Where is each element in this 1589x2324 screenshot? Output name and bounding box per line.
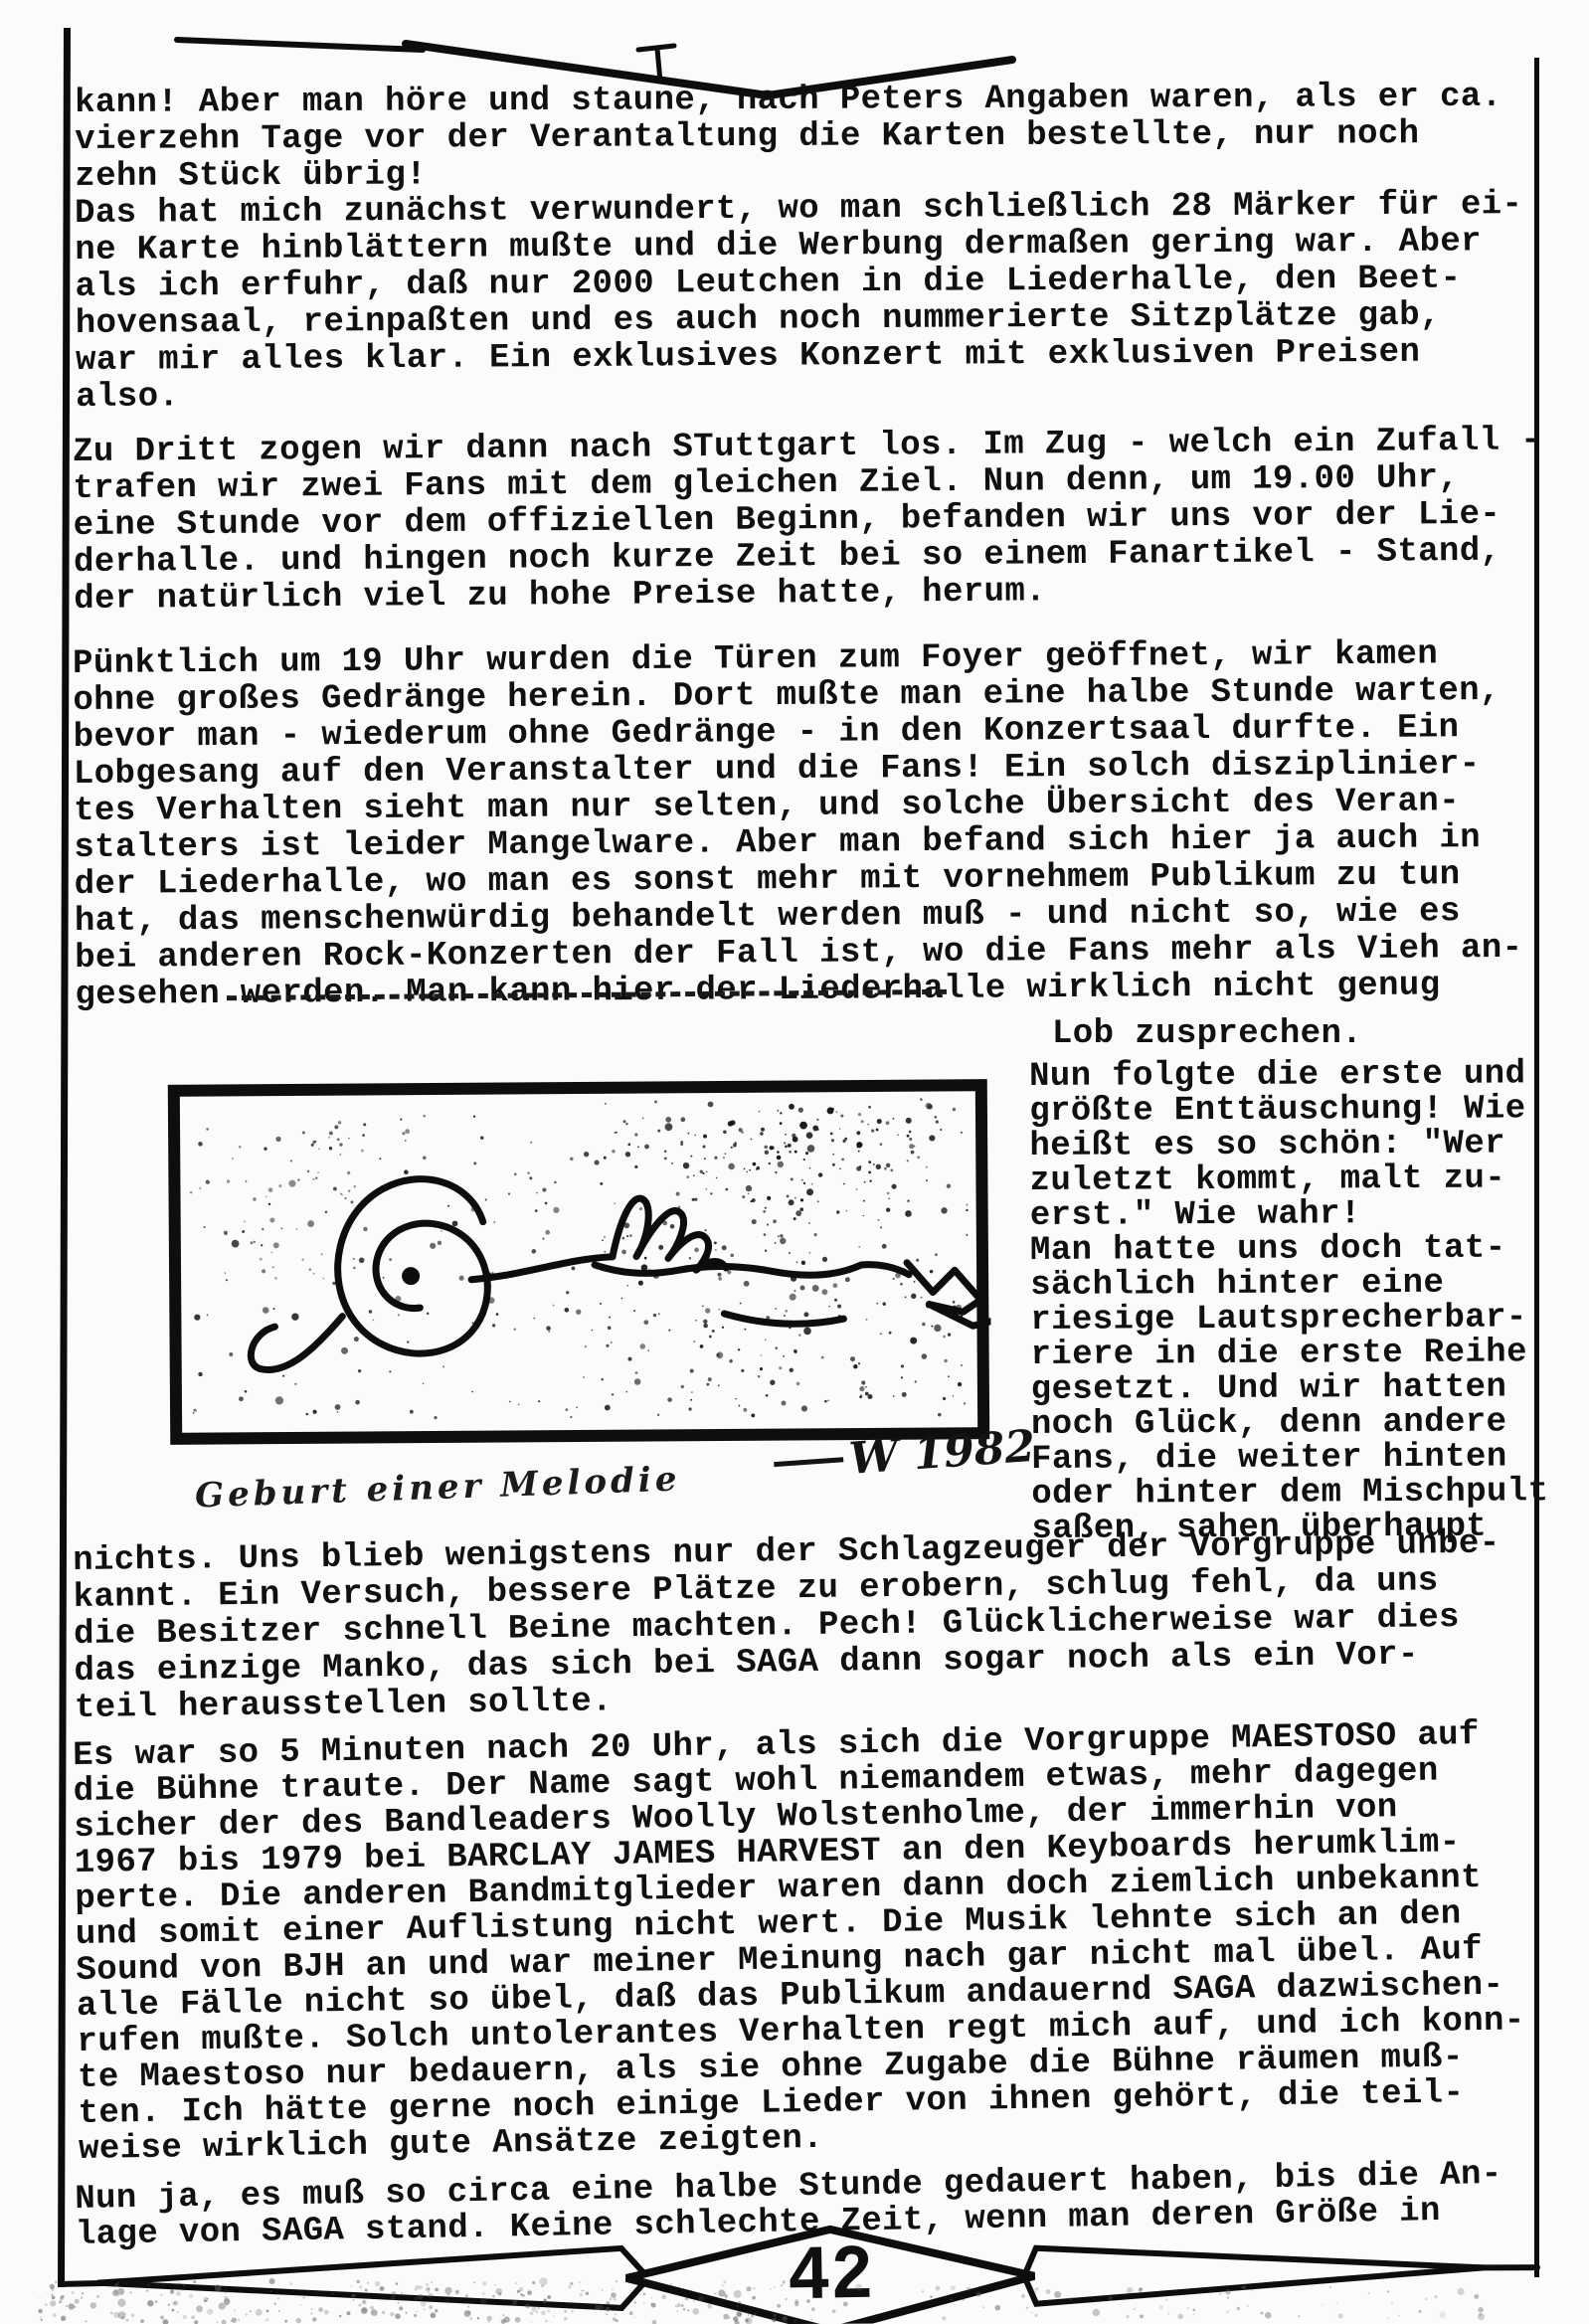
right-column: Nun folgte die erste undgrößte Enttäusch… bbox=[1029, 1057, 1549, 1547]
text-line: oder hinter dem Mischpult bbox=[1031, 1475, 1548, 1513]
text-line: riere in die erste Reihe bbox=[1030, 1336, 1547, 1373]
paragraph-tail: Lob zusprechen. bbox=[1052, 1016, 1362, 1053]
scan-noise bbox=[0, 2267, 1589, 2324]
text-line: größte Enttäuschung! Wie bbox=[1029, 1092, 1546, 1130]
paragraph: Pünktlich um 19 Uhr wurden die Türen zum… bbox=[73, 636, 1523, 1014]
paragraph: kann! Aber man höre und staune, nach Pet… bbox=[75, 80, 1502, 196]
paragraph: Zu Dritt zogen wir dann nach STuttgart l… bbox=[73, 423, 1542, 619]
paragraph: Es war so 5 Minuten nach 20 Uhr, als sic… bbox=[73, 1716, 1526, 2168]
melody-drawing bbox=[166, 1077, 992, 1447]
paragraph: Das hat mich zunächst verwundert, wo man… bbox=[75, 187, 1524, 417]
drawing-caption: Geburt einer Melodie bbox=[194, 1459, 681, 1516]
text-line: noch Glück, denn andere bbox=[1031, 1405, 1548, 1443]
text-line: zuletzt kommt, malt zu- bbox=[1030, 1162, 1547, 1199]
text-line: riesige Lautsprecherbar- bbox=[1030, 1301, 1547, 1339]
text-line: heißt es so schön: "Wer bbox=[1029, 1127, 1546, 1164]
paragraph: nichts. Uns blieb wenigstens nur der Sch… bbox=[73, 1525, 1502, 1727]
text-line: erst." Wie wahr! bbox=[1030, 1196, 1547, 1234]
text-line: Nun folgte die erste und bbox=[1029, 1057, 1546, 1095]
text-line: Fans, die weiter hinten bbox=[1031, 1440, 1548, 1478]
text-line: gesetzt. Und wir hatten bbox=[1031, 1370, 1548, 1408]
text-line: vierzehn Tage vor der Verantaltung die K… bbox=[75, 116, 1502, 159]
text-line: sächlich hinter eine bbox=[1030, 1266, 1547, 1304]
left-border-rule bbox=[58, 28, 71, 2287]
text-line: Man hatte uns doch tat- bbox=[1030, 1231, 1547, 1269]
scanned-page: kann! Aber man höre und staune, nach Pet… bbox=[0, 0, 1589, 2324]
